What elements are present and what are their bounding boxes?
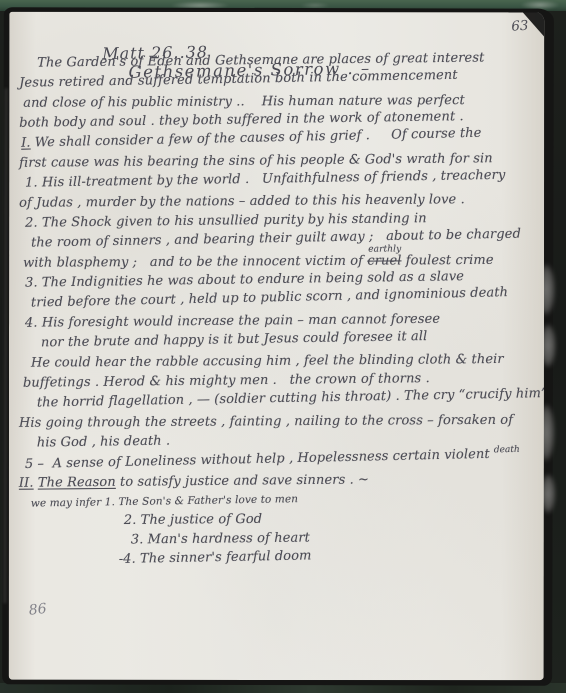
text-segment: buffetings . Herod & his mighty men . th… — [23, 371, 430, 391]
page-edge-shadow — [3, 89, 7, 604]
text-segment: with blasphemy ; and to be the innocent … — [23, 254, 367, 271]
text-segment: of Judas , murder by the nations – added… — [19, 192, 465, 211]
photo-backdrop: 63 Matt 26..38 Gethsemane's Sorrow . – T… — [0, 0, 566, 693]
text-segment: foulest crime — [401, 253, 493, 269]
manuscript-paper: 63 Matt 26..38 Gethsemane's Sorrow . – T… — [9, 12, 545, 680]
manuscript-lines: The Garden's of Eden and Gethsemane are … — [19, 56, 538, 574]
text-segment: The Reason — [38, 475, 116, 491]
page-dark-edge: 63 Matt 26..38 Gethsemane's Sorrow . – T… — [2, 7, 554, 685]
text-segment: death — [494, 445, 520, 456]
text-segment: and close of his public ministry .. His … — [23, 93, 465, 111]
inserted-word: earthly — [368, 244, 401, 254]
text-segment: II. — [19, 476, 34, 491]
text-segment: He could hear the rabble accusing him , … — [31, 352, 504, 371]
text-segment: we may infer 1. The Son's & Father's lov… — [31, 493, 298, 509]
text-segment: 3. Man's hardness of heart — [131, 530, 310, 547]
struck-word: cruelearthly — [367, 253, 401, 268]
text-segment: his God , his death . — [37, 434, 171, 451]
pencil-page-number: 86 — [28, 601, 47, 619]
page-title: Matt 26..38 Gethsemane's Sorrow . – — [61, 18, 520, 54]
text-segment: -4. The sinner's fearful doom — [119, 548, 312, 567]
text-segment: 2. The Shock given to his unsullied puri… — [25, 211, 427, 231]
text-segment: His going through the streets , fainting… — [19, 413, 513, 431]
text-segment: to satisfy justice and save sinners . ~ — [116, 472, 369, 489]
text-segment: 4. His foresight would increase the pain… — [25, 312, 440, 331]
text-segment: 2. The justice of God — [124, 512, 262, 528]
text-segment: first cause was his bearing the sins of … — [19, 151, 493, 171]
